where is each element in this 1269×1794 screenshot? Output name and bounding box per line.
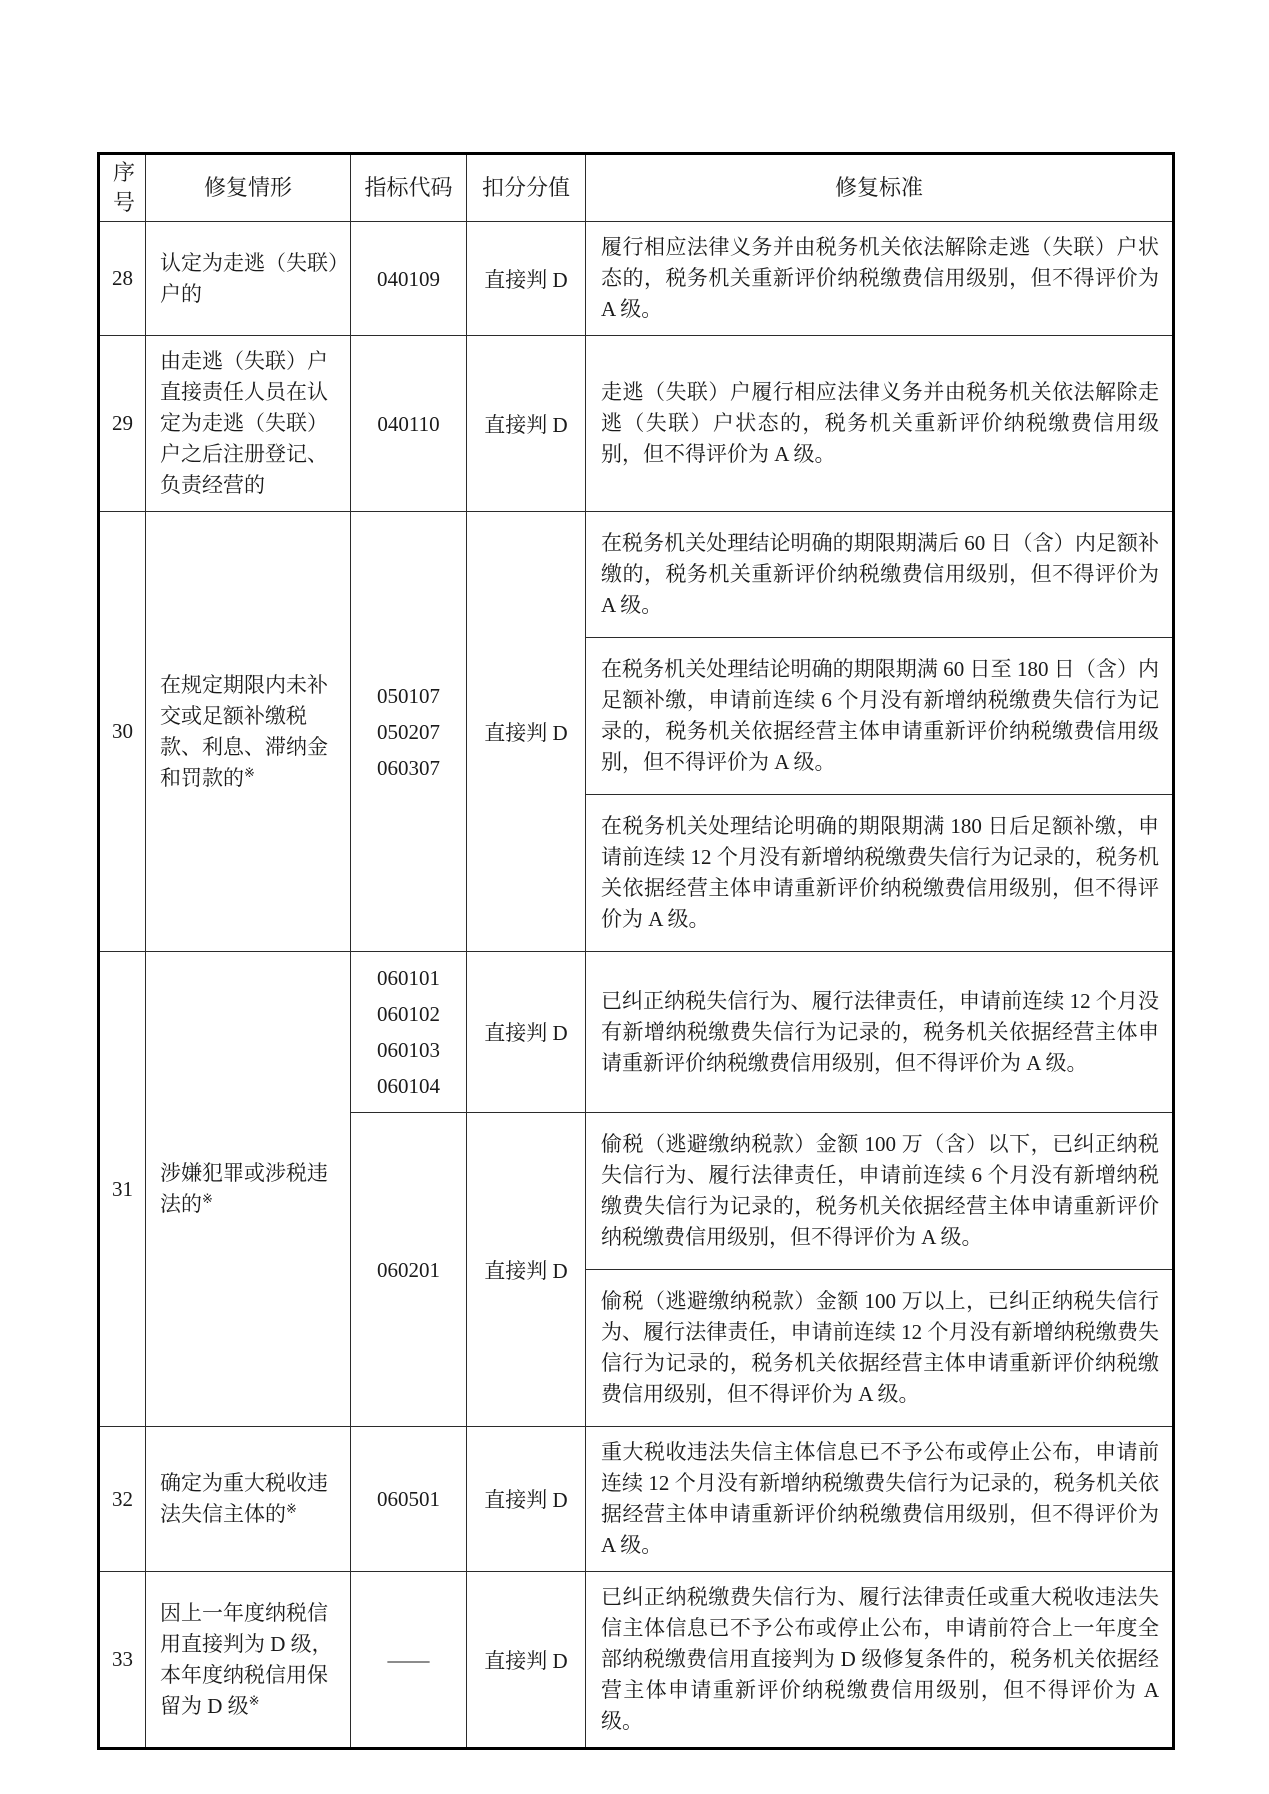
row30-standard-3: 在税务机关处理结论明确的期限期满 180 日后足额补缴，申请前连续 12 个月没… — [586, 795, 1174, 952]
row32-score: 直接判 D — [467, 1427, 586, 1572]
row31-situation: 涉嫌犯罪或涉税违法的※ — [146, 952, 351, 1427]
row31-groupA-score: 直接判 D — [467, 952, 586, 1113]
row33-standard: 已纠正纳税缴费失信行为、履行法律责任或重大税收违法失信主体信息已不予公布或停止公… — [586, 1572, 1174, 1749]
row29-number: 29 — [99, 336, 146, 512]
table-row-32: 32 确定为重大税收违法失信主体的※ 060501 直接判 D 重大税收违法失信… — [99, 1427, 1174, 1572]
row30-situation: 在规定期限内未补交或足额补缴税款、利息、滞纳金和罚款的※ — [146, 512, 351, 952]
table-row-29: 29 由走逃（失联）户直接责任人员在认定为走逃（失联）户之后注册登记、负责经营的… — [99, 336, 1174, 512]
row31-groupA-standard: 已纠正纳税失信行为、履行法律责任，申请前连续 12 个月没有新增纳税缴费失信行为… — [586, 952, 1174, 1113]
row33-situation-text: 因上一年度纳税信用直接判为 D 级，本年度纳税信用保留为 D 级 — [160, 1601, 333, 1718]
row28-code: 040109 — [351, 222, 467, 336]
row31-groupA-code: 060101 060102 060103 060104 — [351, 952, 467, 1113]
row30-footnote-mark: ※ — [244, 765, 255, 780]
row28-standard: 履行相应法律义务并由税务机关依法解除走逃（失联）户状态的，税务机关重新评价纳税缴… — [586, 222, 1174, 336]
row33-score: 直接判 D — [467, 1572, 586, 1749]
row33-code: —— — [351, 1572, 467, 1749]
credit-repair-table: 序号 修复情形 指标代码 扣分分值 修复标准 28 认定为走逃（失联）户的 04… — [97, 152, 1175, 1750]
header-cell-code: 指标代码 — [351, 154, 467, 222]
table-row-31: 31 涉嫌犯罪或涉税违法的※ 060101 060102 060103 0601… — [99, 952, 1174, 1113]
header-cell-standard: 修复标准 — [586, 154, 1174, 222]
document-page: 序号 修复情形 指标代码 扣分分值 修复标准 28 认定为走逃（失联）户的 04… — [0, 0, 1269, 1794]
row31-groupB-score: 直接判 D — [467, 1113, 586, 1427]
row29-standard: 走逃（失联）户履行相应法律义务并由税务机关依法解除走逃（失联）户状态的，税务机关… — [586, 336, 1174, 512]
row28-situation: 认定为走逃（失联）户的 — [146, 222, 351, 336]
row29-code: 040110 — [351, 336, 467, 512]
row28-score: 直接判 D — [467, 222, 586, 336]
header-cell-score: 扣分分值 — [467, 154, 586, 222]
row31-groupB-standard-1: 偷税（逃避缴纳税款）金额 100 万（含）以下，已纠正纳税失信行为、履行法律责任… — [586, 1113, 1174, 1270]
header-cell-situation: 修复情形 — [146, 154, 351, 222]
row30-standard-2: 在税务机关处理结论明确的期限期满 60 日至 180 日（含）内足额补缴，申请前… — [586, 638, 1174, 795]
row33-footnote-mark: ※ — [249, 1693, 260, 1708]
header-cell-no: 序号 — [99, 154, 146, 222]
header-row: 序号 修复情形 指标代码 扣分分值 修复标准 — [99, 154, 1174, 222]
row33-situation: 因上一年度纳税信用直接判为 D 级，本年度纳税信用保留为 D 级※ — [146, 1572, 351, 1749]
row31-groupB-code: 060201 — [351, 1113, 467, 1427]
row32-situation: 确定为重大税收违法失信主体的※ — [146, 1427, 351, 1572]
row29-score: 直接判 D — [467, 336, 586, 512]
row30-score: 直接判 D — [467, 512, 586, 952]
row30-standard-1: 在税务机关处理结论明确的期限期满后 60 日（含）内足额补缴的，税务机关重新评价… — [586, 512, 1174, 638]
row32-number: 32 — [99, 1427, 146, 1572]
row30-number: 30 — [99, 512, 146, 952]
row32-standard: 重大税收违法失信主体信息已不予公布或停止公布，申请前连续 12 个月没有新增纳税… — [586, 1427, 1174, 1572]
row28-number: 28 — [99, 222, 146, 336]
table-row-30: 30 在规定期限内未补交或足额补缴税款、利息、滞纳金和罚款的※ 050107 0… — [99, 512, 1174, 638]
row29-situation: 由走逃（失联）户直接责任人员在认定为走逃（失联）户之后注册登记、负责经营的 — [146, 336, 351, 512]
row31-groupB-standard-2: 偷税（逃避缴纳税款）金额 100 万以上，已纠正纳税失信行为、履行法律责任，申请… — [586, 1270, 1174, 1427]
row31-situation-text: 涉嫌犯罪或涉税违法的 — [160, 1161, 328, 1216]
row31-number: 31 — [99, 952, 146, 1427]
row33-number: 33 — [99, 1572, 146, 1749]
row32-footnote-mark: ※ — [286, 1501, 297, 1516]
row32-code: 060501 — [351, 1427, 467, 1572]
row30-code: 050107 050207 060307 — [351, 512, 467, 952]
row32-situation-text: 确定为重大税收违法失信主体的 — [160, 1471, 328, 1526]
table-row-28: 28 认定为走逃（失联）户的 040109 直接判 D 履行相应法律义务并由税务… — [99, 222, 1174, 336]
row31-footnote-mark: ※ — [202, 1191, 213, 1206]
table-row-33: 33 因上一年度纳税信用直接判为 D 级，本年度纳税信用保留为 D 级※ —— … — [99, 1572, 1174, 1749]
